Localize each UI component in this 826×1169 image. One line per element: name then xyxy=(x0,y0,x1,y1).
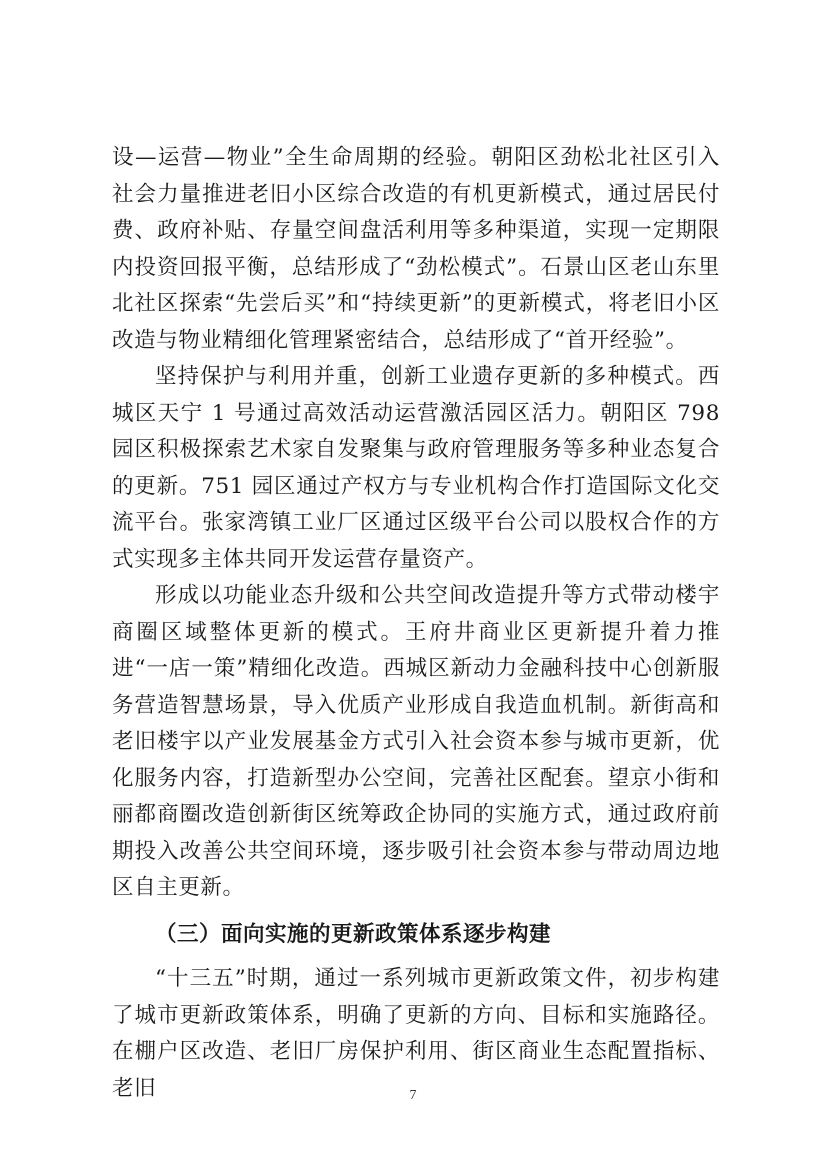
paragraph-policy-system: “十三五”时期，通过一系列城市更新政策文件，初步构建了城市更新政策体系，明确了更… xyxy=(112,961,720,1107)
paragraph-residential-renewal: 设—运营—物业”全生命周期的经验。朝阳区劲松北社区引入社会力量推进老旧小区综合改… xyxy=(112,140,720,359)
paragraph-industrial-heritage: 坚持保护与利用并重，创新工业遗存更新的多种模式。西城区天宁 1 号通过高效活动运… xyxy=(112,359,720,578)
page-number: 7 xyxy=(0,1088,826,1104)
section-heading: （三）面向实施的更新政策体系逐步构建 xyxy=(112,917,720,954)
document-page: 设—运营—物业”全生命周期的经验。朝阳区劲松北社区引入社会力量推进老旧小区综合改… xyxy=(112,140,720,1107)
paragraph-commercial-district: 形成以功能业态升级和公共空间改造提升等方式带动楼宇商圈区域整体更新的模式。王府井… xyxy=(112,578,720,907)
